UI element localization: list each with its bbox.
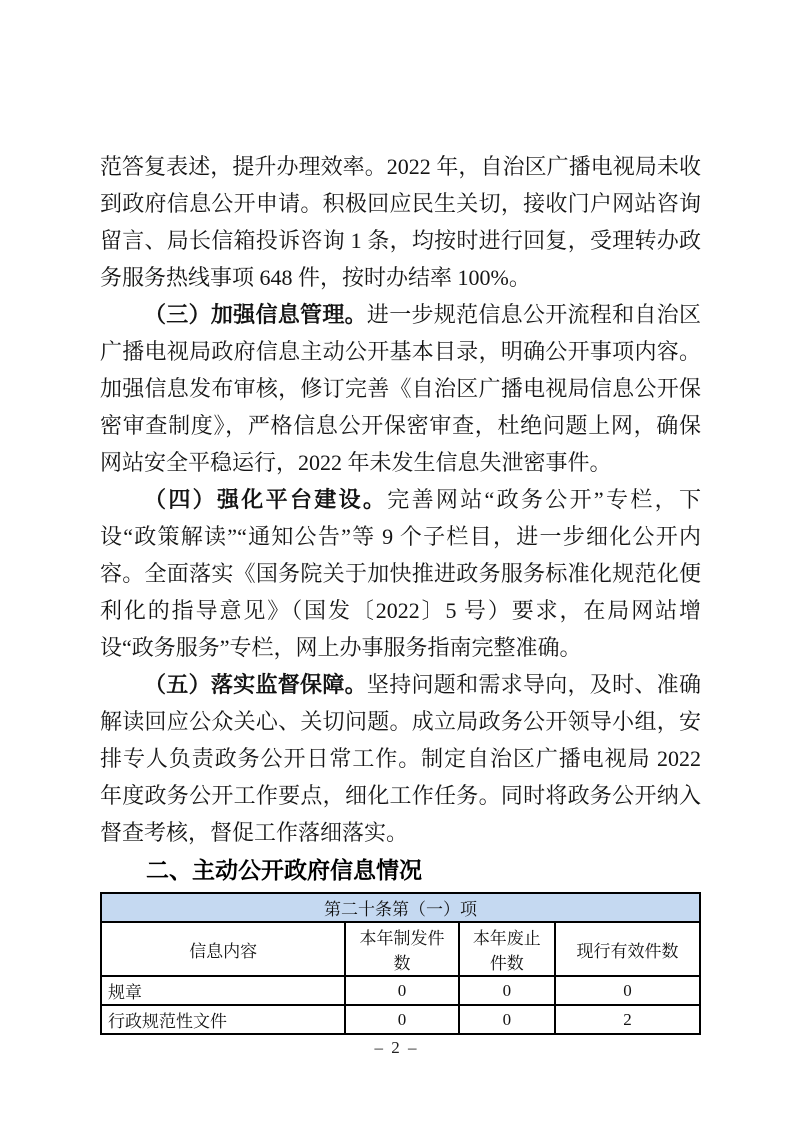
paragraph-info-management: （三）加强信息管理。进一步规范信息公开流程和自治区广播电视局政府信息主动公开基本… — [100, 296, 701, 481]
row-label: 规章 — [101, 976, 345, 1005]
cell-value: 0 — [459, 1005, 555, 1034]
document-page: 范答复表述，提升办理效率。2022 年，自治区广播电视局未收到政府信息公开申请。… — [0, 0, 793, 1122]
table-title: 第二十条第（一）项 — [101, 893, 700, 922]
cell-value: 0 — [345, 976, 458, 1005]
paragraph-lead: （四）强化平台建设。 — [144, 487, 387, 512]
row-label: 行政规范性文件 — [101, 1005, 345, 1034]
info-disclosure-table: 第二十条第（一）项 信息内容 本年制发件数 本年废止件数 现行有效件数 规章 0… — [100, 892, 701, 1035]
paragraph-lead: （五）落实监督保障。 — [144, 672, 367, 697]
cell-value: 2 — [555, 1005, 700, 1034]
paragraph-text: 范答复表述，提升办理效率。2022 年，自治区广播电视局未收到政府信息公开申请。… — [100, 154, 701, 290]
table-title-row: 第二十条第（一）项 — [101, 893, 700, 922]
col-header-issued-this-year: 本年制发件数 — [345, 922, 458, 976]
page-number: – 2 – — [0, 1038, 793, 1058]
cell-value: 0 — [459, 976, 555, 1005]
paragraph-lead: （三）加强信息管理。 — [144, 302, 367, 327]
document-content: 范答复表述，提升办理效率。2022 年，自治区广播电视局未收到政府信息公开申请。… — [100, 148, 701, 1035]
paragraph-text: 进一步规范信息公开流程和自治区广播电视局政府信息主动公开基本目录，明确公开事项内… — [100, 302, 701, 475]
paragraph-supervision-guarantee: （五）落实监督保障。坚持问题和需求导向，及时、准确解读回应公众关心、关切问题。成… — [100, 666, 701, 851]
paragraph-text: 完善网站“政务公开”专栏，下设“政策解读”“通知公告”等 9 个子栏目，进一步细… — [100, 487, 701, 660]
paragraph-text: 坚持问题和需求导向，及时、准确解读回应公众关心、关切问题。成立局政务公开领导小组… — [100, 672, 701, 845]
table-row-normative-documents: 行政规范性文件 0 0 2 — [101, 1005, 700, 1034]
section-heading: 二、主动公开政府信息情况 — [100, 855, 701, 885]
cell-value: 0 — [555, 976, 700, 1005]
col-header-currently-effective: 现行有效件数 — [555, 922, 700, 976]
paragraph-disclosure-stats: 范答复表述，提升办理效率。2022 年，自治区广播电视局未收到政府信息公开申请。… — [100, 148, 701, 296]
paragraph-platform-building: （四）强化平台建设。完善网站“政务公开”专栏，下设“政策解读”“通知公告”等 9… — [100, 481, 701, 666]
table-row-regulations: 规章 0 0 0 — [101, 976, 700, 1005]
col-header-info-content: 信息内容 — [101, 922, 345, 976]
table-header-row: 信息内容 本年制发件数 本年废止件数 现行有效件数 — [101, 922, 700, 976]
cell-value: 0 — [345, 1005, 458, 1034]
col-header-repealed-this-year: 本年废止件数 — [459, 922, 555, 976]
